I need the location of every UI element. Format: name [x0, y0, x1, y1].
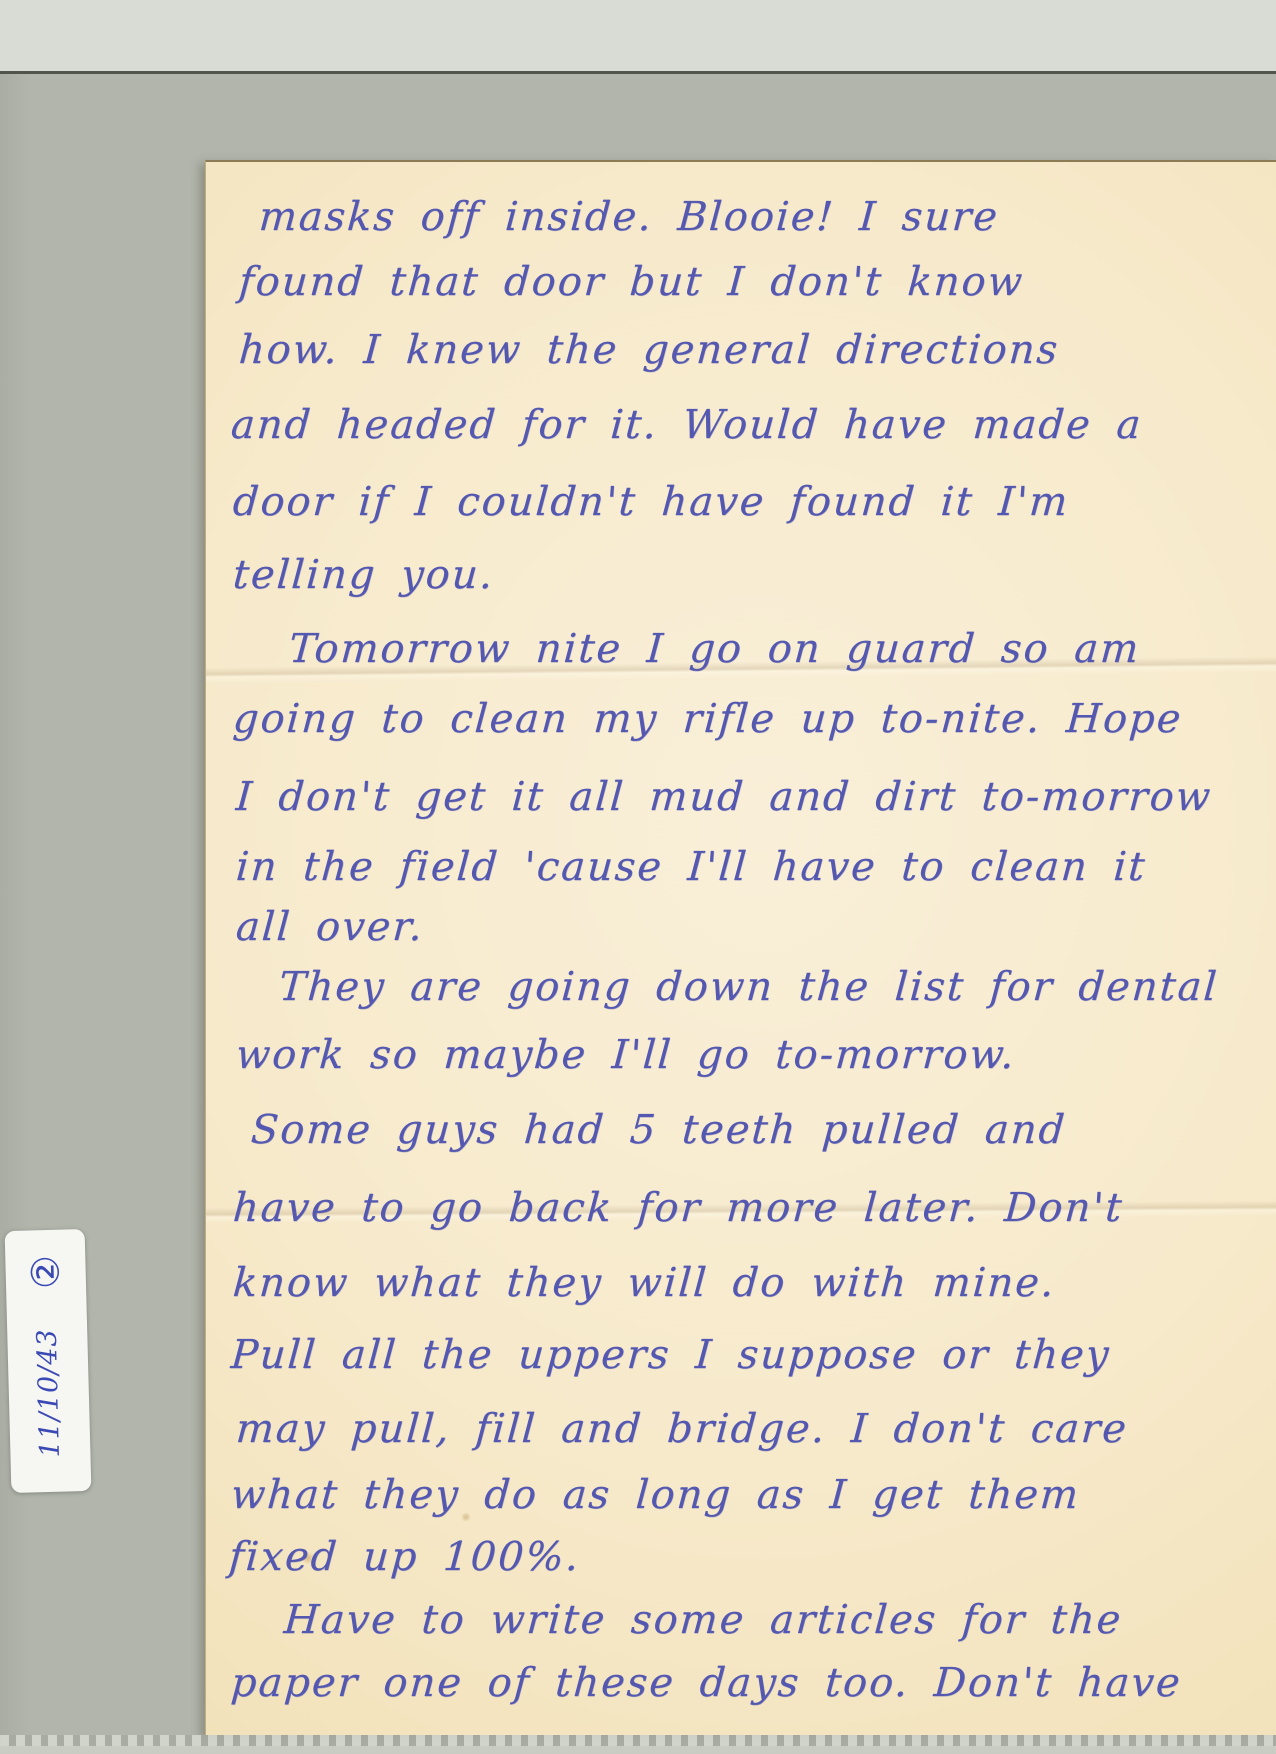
letter-line: fixed up 100%. — [227, 1534, 582, 1580]
letter-line: telling you. — [231, 552, 496, 598]
letter-line: door if I couldn't have found it I'm — [231, 479, 1070, 525]
letter-line: know what they will do with mine. — [231, 1260, 1057, 1306]
date-label: 11/10/43 — [32, 1328, 66, 1458]
letter-line: Tomorrow nite I go on guard so am — [287, 626, 1141, 672]
letter-line: work so maybe I'll go to-morrow. — [234, 1032, 1017, 1078]
letter-line: found that door but I don't know — [237, 259, 1025, 305]
letter-line: in the field 'cause I'll have to clean i… — [234, 844, 1148, 890]
letter-paper: masks off inside. Blooie! I sure found t… — [205, 160, 1276, 1735]
scanner-background-left — [0, 74, 30, 1754]
letter-line: They are going down the list for dental — [277, 964, 1220, 1010]
album-page-edge — [0, 71, 1276, 74]
scanner-background-top — [0, 0, 1276, 71]
letter-line: Pull all the uppers I suppose or they — [229, 1332, 1112, 1378]
scanner-background-bottom — [0, 1746, 1276, 1754]
letter-line: how. I knew the general directions — [237, 327, 1060, 373]
album-perforation-strip — [0, 1735, 1276, 1746]
letter-line: I don't get it all mud and dirt to-morro… — [234, 774, 1213, 820]
page-number-label: ② — [23, 1254, 68, 1289]
letter-line: paper one of these days too. Don't have — [229, 1660, 1183, 1706]
letter-line: may pull, fill and bridge. I don't care — [234, 1406, 1129, 1452]
letter-line: going to clean my rifle up to-nite. Hope — [231, 696, 1184, 742]
letter-line: have to go back for more later. Don't — [231, 1185, 1125, 1231]
letter-line: Some guys had 5 teeth pulled and — [249, 1107, 1067, 1153]
index-sticker: ② 11/10/43 — [5, 1229, 92, 1493]
scanned-letter-page: masks off inside. Blooie! I sure found t… — [0, 0, 1276, 1754]
letter-line: what they do as long as I get them — [229, 1472, 1081, 1518]
letter-line: and headed for it. Would have made a — [229, 402, 1144, 448]
letter-line: all over. — [234, 904, 425, 950]
letter-line: Have to write some articles for the — [282, 1597, 1124, 1643]
letter-line: masks off inside. Blooie! I sure — [257, 194, 1000, 240]
